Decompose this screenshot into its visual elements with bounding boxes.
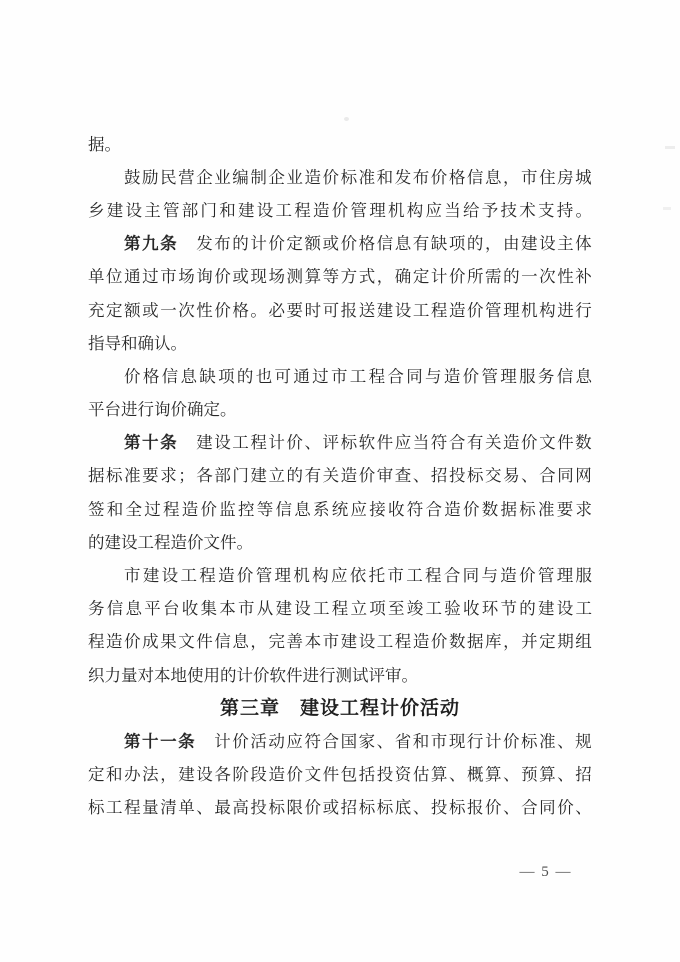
text-line: 务信息平台收集本市从建设工程立项至竣工验收环节的建设工 <box>88 591 592 624</box>
page-container: 据。鼓励民营企业编制企业造价标准和发布价格信息，市住房城乡建设主管部门和建设工程… <box>0 0 680 962</box>
text-line: 第十条 建设工程计价、评标软件应当符合有关造价文件数 <box>88 425 592 458</box>
text-line: 乡建设主管部门和建设工程造价管理机构应当给予技术支持。 <box>88 192 592 225</box>
scan-artifact <box>665 146 675 149</box>
text-line: 价格信息缺项的也可通过市工程合同与造价管理服务信息 <box>88 358 592 391</box>
text-line: 签和全过程造价监控等信息系统应接收符合造价数据标准要求 <box>88 491 592 524</box>
document-body: 据。鼓励民营企业编制企业造价标准和发布价格信息，市住房城乡建设主管部门和建设工程… <box>88 126 592 823</box>
text-line: 的建设工程造价文件。 <box>88 524 592 557</box>
text-line: 第九条 发布的计价定额或价格信息有缺项的，由建设主体 <box>88 226 592 259</box>
text-line: 鼓励民营企业编制企业造价标准和发布价格信息，市住房城 <box>88 159 592 192</box>
text-line: 据。 <box>88 126 592 159</box>
text-line: 织力量对本地使用的计价软件进行测试评审。 <box>88 657 592 690</box>
chapter-heading: 第三章 建设工程计价活动 <box>88 690 592 723</box>
scan-artifact <box>663 207 671 210</box>
text-line: 程造价成果文件信息，完善本市建设工程造价数据库，并定期组 <box>88 624 592 657</box>
page-number: — 5 — <box>520 864 573 880</box>
text-line: 指导和确认。 <box>88 325 592 358</box>
scan-artifact <box>344 117 349 121</box>
text-line: 平台进行询价确定。 <box>88 392 592 425</box>
text-line: 据标准要求；各部门建立的有关造价审查、招投标交易、合同网 <box>88 458 592 491</box>
text-line: 单位通过市场询价或现场测算等方式，确定计价所需的一次性补 <box>88 259 592 292</box>
text-line: 市建设工程造价管理机构应依托市工程合同与造价管理服 <box>88 557 592 590</box>
text-line: 第十一条 计价活动应符合国家、省和市现行计价标准、规 <box>88 723 592 756</box>
text-line: 定和办法，建设各阶段造价文件包括投资估算、概算、预算、招 <box>88 757 592 790</box>
text-line: 标工程量清单、最高投标限价或招标标底、投标报价、合同价、 <box>88 790 592 823</box>
text-line: 充定额或一次性价格。必要时可报送建设工程造价管理机构进行 <box>88 292 592 325</box>
page-footer: — 5 — <box>520 864 573 881</box>
